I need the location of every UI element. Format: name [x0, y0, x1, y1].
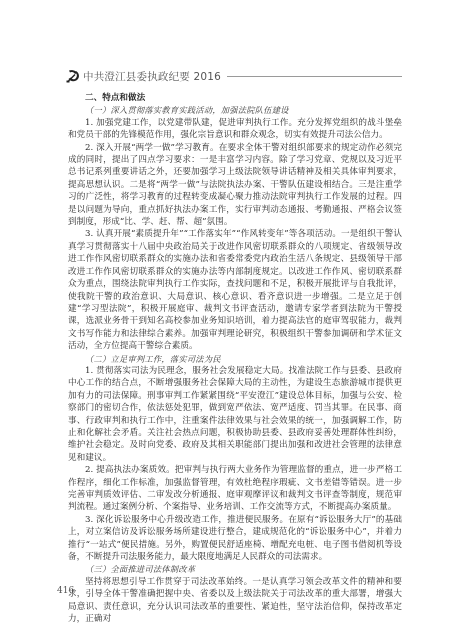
page-number: 416 — [57, 586, 74, 596]
paragraph: 3. 深化诉讼服务中心升级改造工作，推进便民服务。在原有“诉讼服务大厅”的基础上… — [68, 514, 402, 564]
header-rule — [227, 76, 402, 77]
section-title: 二、特点和做法 — [68, 92, 402, 104]
paragraph: 2. 提高执法办案质效。把审判与执行两大业务作为管理监督的重点，进一步严格工作程… — [68, 464, 402, 514]
paragraph: 坚持将思想引导工作贯穿于司法改革始终。一是认真学习领会改革文件的精神和要求，引导… — [68, 576, 402, 626]
running-header: 中共澄江县委执政纪要 2016 — [66, 68, 402, 84]
paragraph: 2. 深入开展“两学一做”学习教育。在要求全体干警对组织部要求的规定动作必须完成… — [68, 142, 402, 229]
subheading: （三）全面推进司法体制改革 — [68, 563, 402, 575]
subheading: （一）深入贯彻落实教育实践活动，加强法院队伍建设 — [68, 104, 402, 116]
paragraph: 1. 贯彻落实司法为民理念，服务社会发展稳定大局。找准法院工作与县委、县政府中心… — [68, 365, 402, 464]
paragraph: 1. 加强党建工作，以党建带队建，促进审判执行工作。充分发挥党组织的战斗堡垒和党… — [68, 117, 402, 142]
document-body: 二、特点和做法 （一）深入贯彻落实教育实践活动，加强法院队伍建设 1. 加强党建… — [68, 92, 402, 625]
header-title: 中共澄江县委执政纪要 2016 — [83, 69, 221, 84]
subheading: （二）立足审判工作，落实司法为民 — [68, 353, 402, 365]
paragraph: 3. 认真开展“素质提升年”“工作落实年”“作风转变年”等各项活动。一是组织干警… — [68, 228, 402, 352]
party-emblem-icon — [66, 69, 81, 83]
